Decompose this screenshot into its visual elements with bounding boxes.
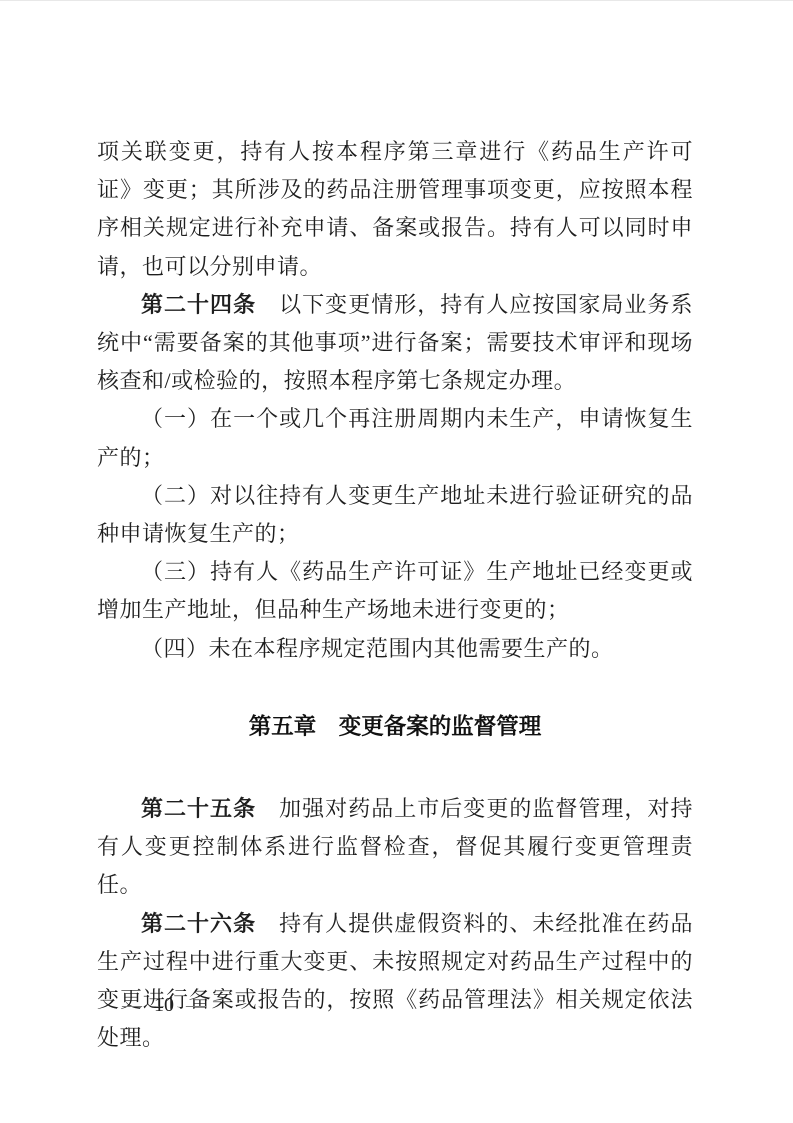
document-content: 项关联变更，持有人按本程序第三章进行《药品生产许可证》变更；其所涉及的药品注册管… <box>97 133 693 1057</box>
page-number-dash-left: — <box>122 994 142 1016</box>
page-number-dash-right: — <box>186 994 206 1016</box>
article-number-bold-term: 第五章 变更备案的监督管理 <box>249 714 542 739</box>
chapter-heading: 第五章 变更备案的监督管理 <box>97 708 693 746</box>
paragraph: 项关联变更，持有人按本程序第三章进行《药品生产许可证》变更；其所涉及的药品注册管… <box>97 133 693 286</box>
paragraph: （三）持有人《药品生产许可证》生产地址已经变更或增加生产地址，但品种生产场地未进… <box>97 553 693 629</box>
paragraph: 第二十六条 持有人提供虚假资料的、未经批准在药品生产过程中进行重大变更、未按照规… <box>97 905 693 1058</box>
text-run: （四）未在本程序规定范围内其他需要生产的。 <box>141 636 614 661</box>
text-run: （三）持有人《药品生产许可证》生产地址已经变更或增加生产地址，但品种生产场地未进… <box>97 559 693 622</box>
paragraph: 第二十四条 以下变更情形，持有人应按国家局业务系统中“需要备案的其他事项”进行备… <box>97 286 693 401</box>
paragraph: 第二十五条 加强对药品上市后变更的监督管理，对持有人变更控制体系进行监督检查，督… <box>97 790 693 905</box>
text-run: （二）对以往持有人变更生产地址未进行验证研究的品种申请恢复生产的； <box>97 483 693 546</box>
page-number: —10— <box>122 994 206 1016</box>
article-number-bold-term: 第二十四条 <box>141 292 256 317</box>
page-number-value: 10 <box>154 994 174 1016</box>
paragraph: （四）未在本程序规定范围内其他需要生产的。 <box>97 630 693 668</box>
document-page: 项关联变更，持有人按本程序第三章进行《药品生产许可证》变更；其所涉及的药品注册管… <box>0 0 793 1123</box>
paragraph: （一）在一个或几个再注册周期内未生产，申请恢复生产的； <box>97 400 693 476</box>
article-number-bold-term: 第二十六条 <box>141 911 256 936</box>
article-number-bold-term: 第二十五条 <box>141 796 256 821</box>
text-run: （一）在一个或几个再注册周期内未生产，申请恢复生产的； <box>97 406 693 469</box>
text-run: 项关联变更，持有人按本程序第三章进行《药品生产许可证》变更；其所涉及的药品注册管… <box>97 139 693 279</box>
paragraph: （二）对以往持有人变更生产地址未进行验证研究的品种申请恢复生产的； <box>97 477 693 553</box>
